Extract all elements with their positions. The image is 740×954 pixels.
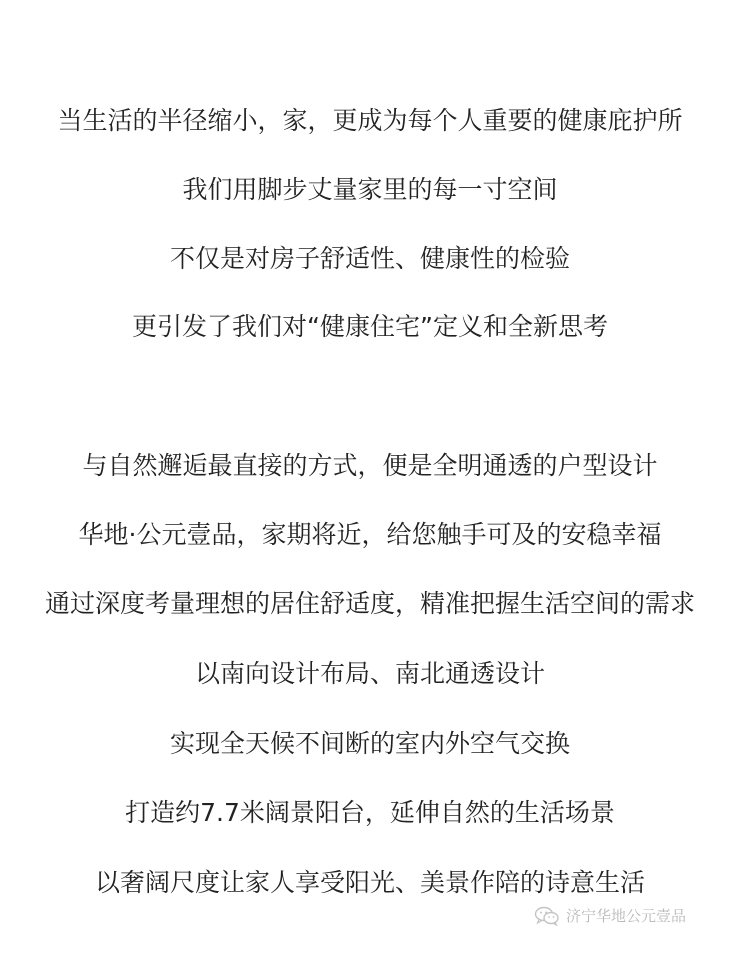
text-line: 当生活的半径缩小，家，更成为每个人重要的健康庇护所 [0, 104, 740, 138]
text-line: 实现全天候不间断的室内外空气交换 [0, 727, 740, 761]
wechat-icon [534, 906, 560, 926]
text-line: 不仅是对房子舒适性、健康性的检验 [0, 242, 740, 276]
text-line: 通过深度考量理想的居住舒适度，精准把握生活空间的需求 [0, 587, 740, 621]
text-line: 以南向设计布局、南北通透设计 [0, 657, 740, 691]
watermark-text: 济宁华地公元壹品 [566, 906, 686, 926]
text-line: 更引发了我们对“健康住宅”定义和全新思考 [0, 310, 740, 344]
text-line: 与自然邂逅最直接的方式，便是全明通透的户型设计 [0, 449, 740, 483]
text-line: 华地·公元壹品，家期将近，给您触手可及的安稳幸福 [0, 518, 740, 552]
text-line: 以奢阔尺度让家人享受阳光、美景作陪的诗意生活 [0, 866, 740, 900]
text-line: 我们用脚步丈量家里的每一寸空间 [0, 173, 740, 207]
watermark: 济宁华地公元壹品 [534, 906, 686, 926]
text-line: 打造约7.7米阔景阳台，延伸自然的生活场景 [0, 796, 740, 830]
